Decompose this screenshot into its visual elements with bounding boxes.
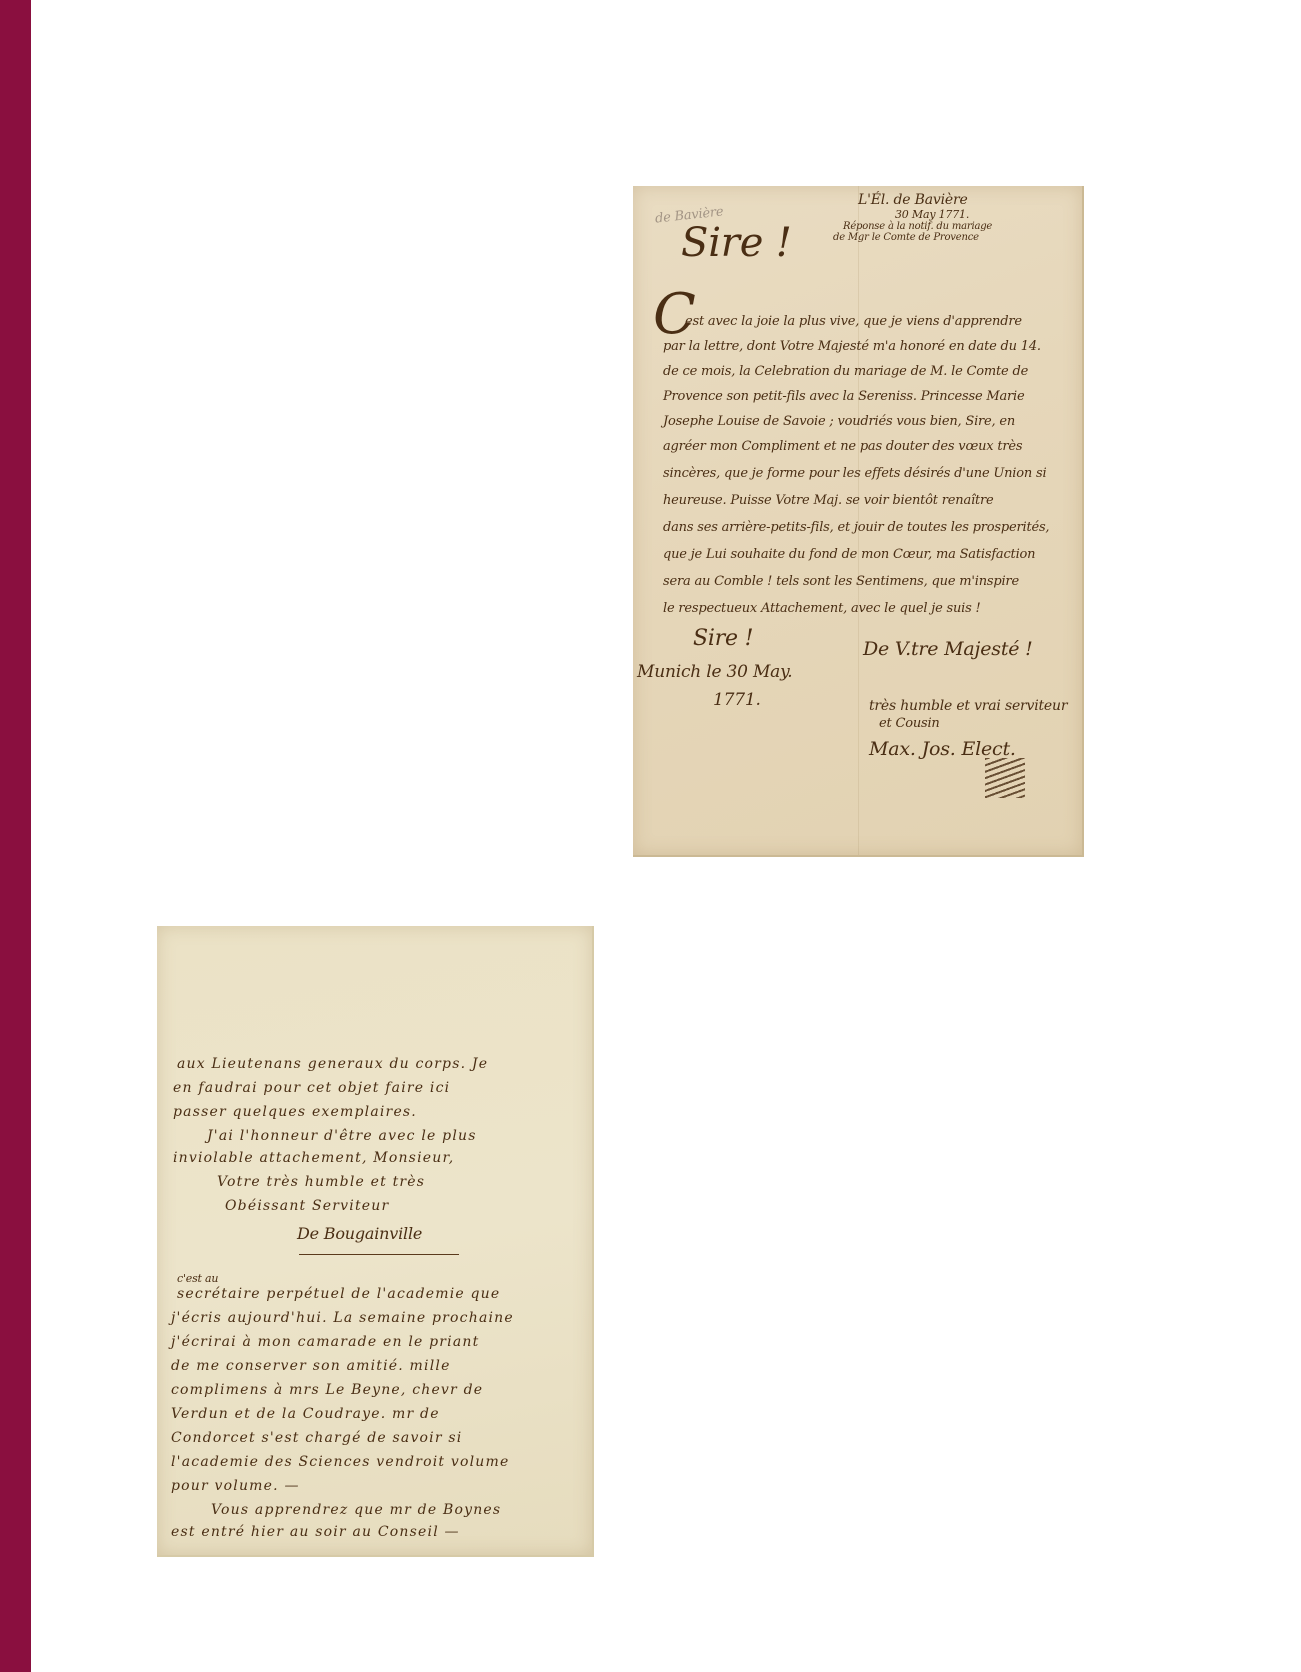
archival-note-line-4: de Mgr le Comte de Provence [833, 232, 979, 243]
body-line: Provence son petit-fils avec la Sereniss… [663, 389, 1025, 404]
body-line: complimens à mrs Le Beyne, chevr de [171, 1382, 483, 1398]
signature-flourish [985, 758, 1025, 798]
salutation: Sire ! [681, 220, 792, 266]
archival-note-line-1: L'Él. de Bavière [858, 192, 968, 208]
archival-note-line-2: 30 May 1771. [895, 208, 969, 221]
body-line: j'écrirai à mon camarade en le priant [171, 1334, 479, 1350]
body-line: sera au Comble ! tels sont les Sentimens… [663, 574, 1019, 589]
accent-stripe [0, 0, 31, 1672]
closing-line: J'ai l'honneur d'être avec le plus [207, 1128, 477, 1144]
body-line: de ce mois, la Celebration du mariage de… [663, 364, 1028, 379]
signature-underline [299, 1254, 459, 1255]
closing-line: Obéissant Serviteur [225, 1198, 389, 1214]
body-line: l'academie des Sciences vendroit volume [171, 1454, 510, 1470]
body-line: que je Lui souhaite du fond de mon Cœur,… [663, 547, 1035, 562]
body-line: passer quelques exemplaires. [173, 1104, 417, 1120]
body-line: pour volume. — [171, 1478, 300, 1494]
body-line: de me conserver son amitié. mille [171, 1358, 451, 1374]
closing-right: De V.tre Majesté ! [863, 638, 1033, 660]
insertion-note: c'est au [177, 1272, 218, 1285]
body-line: j'écris aujourd'hui. La semaine prochain… [171, 1310, 514, 1326]
closing-formula-1: très humble et vrai serviteur [869, 698, 1067, 714]
body-line: Verdun et de la Coudraye. mr de [171, 1406, 440, 1422]
body-line: Vous apprendrez que mr de Boynes [211, 1502, 501, 1518]
letter-image-bougainville: aux Lieutenans generaux du corps. Je en … [157, 926, 594, 1557]
closing-line: Votre très humble et très [217, 1174, 425, 1190]
body-line: agréer mon Compliment et ne pas douter d… [663, 439, 1022, 454]
body-line: heureuse. Puisse Votre Maj. se voir bien… [663, 493, 993, 508]
closing-formula-2: et Cousin [879, 716, 940, 731]
archival-note-line-3: Réponse à la notif. du mariage [843, 221, 992, 232]
body-line: Josephe Louise de Savoie ; voudriés vous… [663, 414, 1015, 429]
signature: De Bougainville [297, 1224, 422, 1243]
body-line: est entré hier au soir au Conseil — [171, 1524, 460, 1540]
year: 1771. [713, 690, 761, 710]
place-date: Munich le 30 May. [637, 662, 792, 682]
body-line: est avec la joie la plus vive, que je vi… [685, 314, 1022, 329]
body-line: par la lettre, dont Votre Majesté m'a ho… [663, 339, 1041, 354]
body-line: le respectueux Attachement, avec le quel… [663, 601, 981, 616]
closing-salutation: Sire ! [693, 626, 753, 651]
body-line: Condorcet s'est chargé de savoir si [171, 1430, 462, 1446]
closing-line: inviolable attachement, Monsieur, [173, 1150, 454, 1166]
body-line: dans ses arrière-petits-fils, et jouir d… [663, 520, 1049, 535]
letter-image-elector-bavaria: de Bavière L'Él. de Bavière 30 May 1771.… [633, 186, 1084, 857]
body-line: aux Lieutenans generaux du corps. Je [177, 1056, 488, 1072]
body-line: sincères, que je forme pour les effets d… [663, 466, 1046, 481]
body-line: en faudrai pour cet objet faire ici [173, 1080, 450, 1096]
body-line: secrétaire perpétuel de l'academie que [177, 1286, 500, 1302]
signature: Max. Jos. Elect. [869, 738, 1016, 760]
